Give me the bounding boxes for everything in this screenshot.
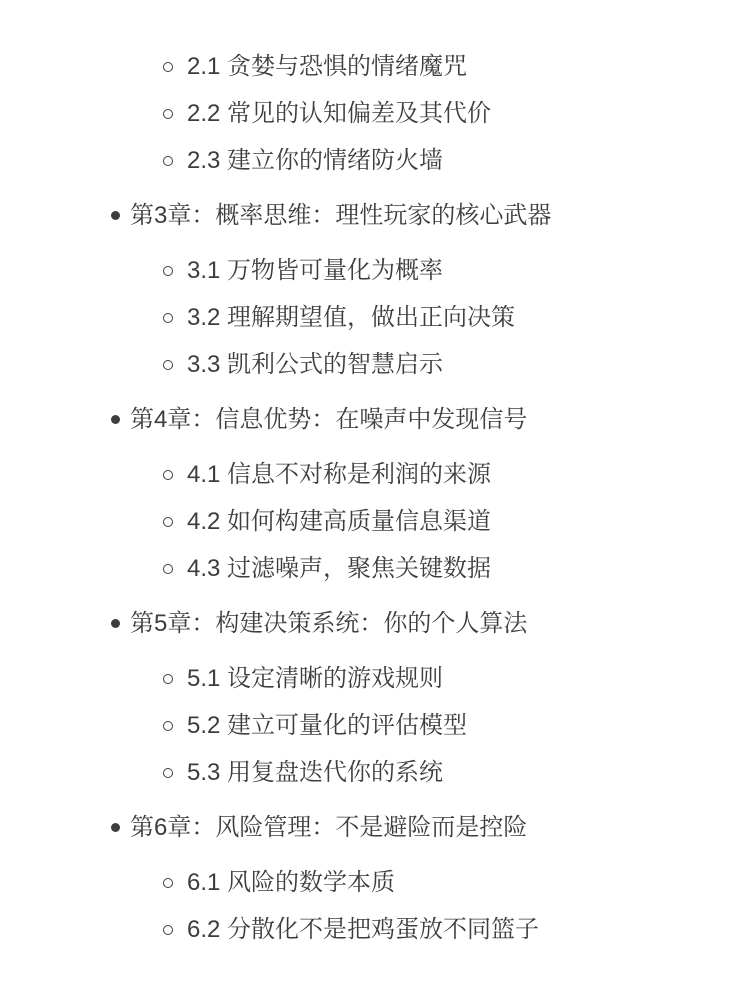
toc-sub-item: 5.2 建立可量化的评估模型 [0,709,750,742]
bullet-circle-icon [163,674,173,684]
toc-sub-item: 6.1 风险的数学本质 [0,866,750,899]
bullet-circle-icon [163,721,173,731]
toc-item-label: 4.3 过滤噪声，聚焦关键数据 [187,555,491,582]
toc-sub-item: 3.2 理解期望值，做出正向决策 [0,301,750,334]
toc-chapter-item: 第3章：概率思维：理性玩家的核心武器 [0,199,750,232]
bullet-disc-icon [111,415,120,424]
toc-item-label: 5.3 用复盘迭代你的系统 [187,759,443,786]
bullet-circle-icon [163,266,173,276]
bullet-circle-icon [163,62,173,72]
toc-sub-item: 2.3 建立你的情绪防火墙 [0,144,750,177]
page: 2.1 贪婪与恐惧的情绪魔咒 2.2 常见的认知偏差及其代价 2.3 建立你的情… [0,0,750,1000]
toc-item-label: 5.2 建立可量化的评估模型 [187,712,467,739]
toc-sub-item: 5.1 设定清晰的游戏规则 [0,662,750,695]
toc-sub-item: 6.2 分散化不是把鸡蛋放不同篮子 [0,913,750,946]
toc-sub-item: 3.1 万物皆可量化为概率 [0,254,750,287]
toc-item-label: 第4章：信息优势：在噪声中发现信号 [130,406,527,433]
bullet-circle-icon [163,470,173,480]
toc-sub-item: 4.3 过滤噪声，聚焦关键数据 [0,552,750,585]
toc-sub-item: 2.2 常见的认知偏差及其代价 [0,97,750,130]
toc-sub-item: 2.1 贪婪与恐惧的情绪魔咒 [0,50,750,83]
bullet-disc-icon [111,823,120,832]
toc-sub-item: 5.3 用复盘迭代你的系统 [0,756,750,789]
toc-item-label: 第3章：概率思维：理性玩家的核心武器 [130,202,551,229]
bullet-circle-icon [163,360,173,370]
bullet-circle-icon [163,156,173,166]
toc-item-label: 3.2 理解期望值，做出正向决策 [187,304,515,331]
toc-chapter-item: 第5章：构建决策系统：你的个人算法 [0,607,750,640]
toc-chapter-item: 第6章：风险管理：不是避险而是控险 [0,811,750,844]
toc-item-label: 3.3 凯利公式的智慧启示 [187,351,443,378]
toc-item-label: 2.2 常见的认知偏差及其代价 [187,100,491,127]
toc-item-label: 第5章：构建决策系统：你的个人算法 [130,610,527,637]
bullet-circle-icon [163,517,173,527]
bullet-circle-icon [163,313,173,323]
toc-item-label: 4.2 如何构建高质量信息渠道 [187,508,491,535]
toc-item-label: 3.1 万物皆可量化为概率 [187,257,443,284]
bullet-circle-icon [163,768,173,778]
bullet-circle-icon [163,925,173,935]
toc-item-label: 4.1 信息不对称是利润的来源 [187,461,491,488]
toc-list: 2.1 贪婪与恐惧的情绪魔咒 2.2 常见的认知偏差及其代价 2.3 建立你的情… [0,0,750,960]
toc-sub-item: 3.3 凯利公式的智慧启示 [0,348,750,381]
bullet-circle-icon [163,564,173,574]
toc-item-label: 6.1 风险的数学本质 [187,869,395,896]
toc-sub-item: 4.1 信息不对称是利润的来源 [0,458,750,491]
bullet-disc-icon [111,211,120,220]
toc-item-label: 6.2 分散化不是把鸡蛋放不同篮子 [187,916,539,943]
toc-item-label: 第6章：风险管理：不是避险而是控险 [130,814,527,841]
toc-sub-item: 4.2 如何构建高质量信息渠道 [0,505,750,538]
bullet-circle-icon [163,109,173,119]
bullet-disc-icon [111,619,120,628]
toc-item-label: 2.1 贪婪与恐惧的情绪魔咒 [187,53,467,80]
toc-chapter-item: 第4章：信息优势：在噪声中发现信号 [0,403,750,436]
bullet-circle-icon [163,878,173,888]
toc-item-label: 5.1 设定清晰的游戏规则 [187,665,443,692]
toc-item-label: 2.3 建立你的情绪防火墙 [187,147,443,174]
